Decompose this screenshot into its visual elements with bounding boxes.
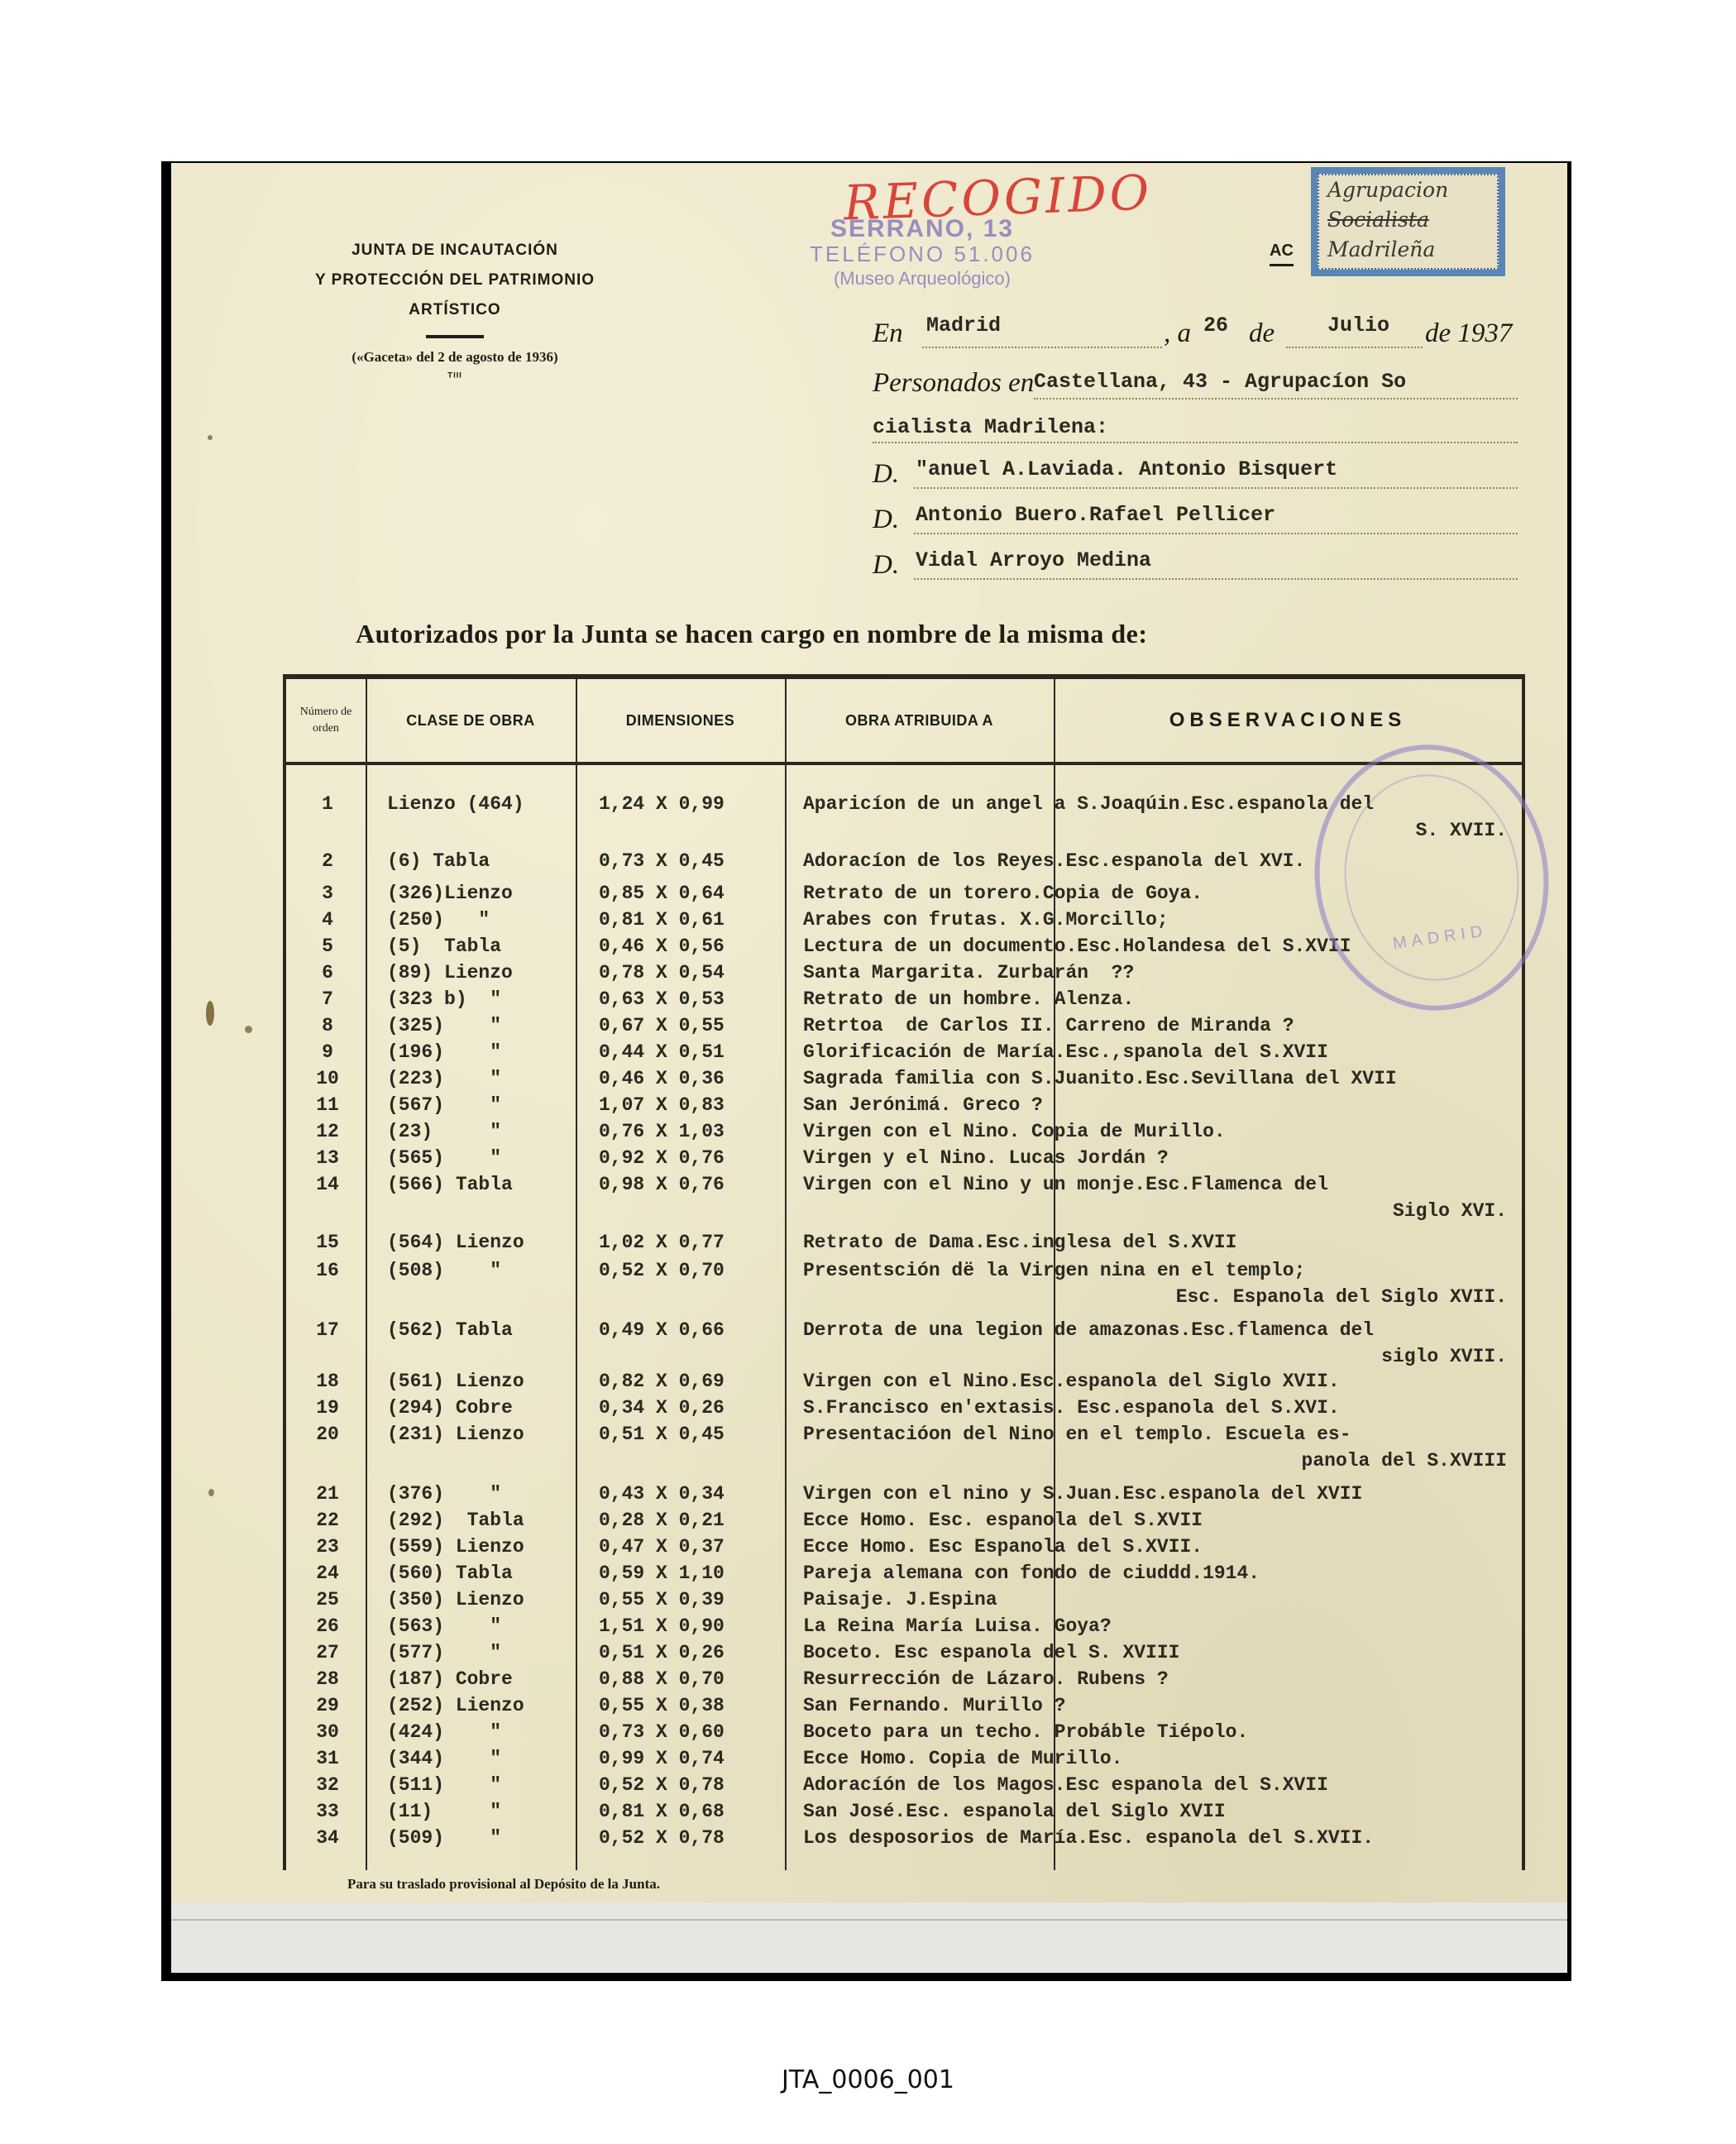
row-number: 12	[286, 1121, 369, 1142]
row-number: 24	[286, 1563, 369, 1584]
header-atribuida: OBRA ATRIBUIDA A	[785, 679, 1054, 762]
row-number: 26	[286, 1615, 369, 1637]
row-dimensiones: 0,76 X 1,03	[599, 1121, 725, 1142]
row-dimensiones: 0,85 X 0,64	[599, 883, 725, 904]
row-observaciones: Santa Margarita. Zurbarán ??	[803, 962, 1134, 983]
row-observaciones: Virgen con el Nino y un monje.Esc.Flamen…	[803, 1174, 1328, 1195]
row-clase: (344) "	[387, 1748, 501, 1769]
row-number: 34	[286, 1827, 369, 1849]
footnote: Para su traslado provisional al Depósito…	[347, 1876, 660, 1893]
row-clase: (561) Lienzo	[387, 1371, 524, 1392]
row-number: 22	[286, 1510, 369, 1531]
row-clase: (89) Lienzo	[387, 962, 513, 983]
row-number: 23	[286, 1536, 369, 1558]
paper-stain	[208, 435, 213, 440]
row-clase: (511) "	[387, 1774, 501, 1796]
row-clase: (325) "	[387, 1015, 501, 1036]
row-number: 29	[286, 1695, 369, 1716]
row-dimensiones: 0,44 X 0,51	[599, 1041, 725, 1063]
header-clase: CLASE DE OBRA	[366, 679, 576, 762]
dotted-line	[1286, 347, 1423, 348]
org-line-2: Y PROTECCIÓN DEL PATRIMONIO	[273, 266, 637, 295]
row-number: 32	[286, 1774, 369, 1796]
row-dimensiones: 0,52 X 0,70	[599, 1260, 725, 1281]
person-line-2: D. Antonio Buero.Rafael Pellicer	[873, 505, 1518, 538]
row-clase: (508) "	[387, 1260, 501, 1281]
row-dimensiones: 0,55 X 0,38	[599, 1695, 725, 1716]
row-clase: (11) "	[387, 1801, 501, 1822]
person-line-3: D. Vidal Arroyo Medina	[873, 550, 1518, 583]
row-number: 31	[286, 1748, 369, 1769]
row-number: 11	[286, 1094, 369, 1116]
agrupacion-label-sticker: Agrupacion Socialista Madrileña	[1311, 167, 1505, 276]
de-label: de	[1249, 318, 1275, 349]
row-observaciones: Virgen y el Nino. Lucas Jordán ?	[803, 1147, 1169, 1169]
row-observaciones: Paisaje. J.Espina	[803, 1589, 997, 1610]
row-observaciones-continued: siglo XVII.	[1381, 1346, 1507, 1367]
row-clase: (294) Cobre	[387, 1397, 513, 1419]
person-3: Vidal Arroyo Medina	[916, 548, 1151, 572]
row-observaciones: Sagrada familia con S.Juanito.Esc.Sevill…	[803, 1068, 1397, 1089]
personados-label: Personados en	[873, 368, 1034, 399]
row-number: 17	[286, 1319, 369, 1341]
person-1: "anuel A.Laviada. Antonio Bisquert	[916, 457, 1337, 481]
row-number: 6	[286, 962, 369, 983]
row-clase: (567) "	[387, 1094, 501, 1116]
row-number: 3	[286, 883, 369, 904]
month-value: Julio	[1327, 313, 1389, 337]
d-label: D.	[873, 550, 899, 581]
scan-bottom-strip	[171, 1902, 1567, 1973]
row-observaciones: Virgen con el Nino. Copia de Murillo.	[803, 1121, 1226, 1142]
row-observaciones: San José.Esc. espanola del Siglo XVII	[803, 1801, 1226, 1822]
row-number: 1	[286, 793, 369, 815]
place-value: Madrid	[926, 313, 1001, 337]
row-clase: (223) "	[387, 1068, 501, 1089]
row-clase: (6) Tabla	[387, 850, 490, 872]
row-clase: (292) Tabla	[387, 1510, 524, 1531]
row-observaciones: Boceto para un techo. Probáble Tiépolo.	[803, 1721, 1248, 1743]
row-observaciones: Ecce Homo. Copia de Murillo.	[803, 1748, 1122, 1769]
row-observaciones-continued: panola del S.XVIII	[1302, 1450, 1507, 1472]
row-dimensiones: 0,67 X 0,55	[599, 1015, 725, 1036]
row-dimensiones: 0,34 X 0,26	[599, 1397, 725, 1419]
row-dimensiones: 1,24 X 0,99	[599, 793, 725, 815]
row-dimensiones: 1,07 X 0,83	[599, 1094, 725, 1116]
row-observaciones: San Jerónimá. Greco ?	[803, 1094, 1043, 1116]
header-rule	[286, 762, 1522, 765]
row-number: 28	[286, 1668, 369, 1690]
row-clase: (231) Lienzo	[387, 1424, 524, 1445]
row-observaciones: Adoracíón de los Magos.Esc espanola del …	[803, 1774, 1328, 1796]
row-dimensiones: 0,47 X 0,37	[599, 1536, 725, 1558]
dotted-line	[873, 442, 1518, 443]
dotted-line	[922, 347, 1162, 348]
row-number: 15	[286, 1232, 369, 1253]
row-dimensiones: 0,55 X 0,39	[599, 1589, 725, 1610]
column-divider	[576, 679, 577, 1870]
row-dimensiones: 0,81 X 0,61	[599, 909, 725, 931]
row-clase: (509) "	[387, 1827, 501, 1849]
row-dimensiones: 1,51 X 0,90	[599, 1615, 725, 1637]
row-clase: (5) Tabla	[387, 936, 501, 957]
row-observaciones: Arabes con frutas. X.G.Morcillo;	[803, 909, 1169, 931]
row-observaciones: Retrato de un hombre. Alenza.	[803, 988, 1134, 1010]
row-observaciones: Aparicíon de un angel a S.Joaqúin.Esc.es…	[803, 793, 1374, 815]
section-heading: Autorizados por la Junta se hacen cargo …	[356, 619, 1148, 649]
dotted-line	[914, 487, 1518, 489]
row-clase: (196) "	[387, 1041, 501, 1063]
a-label: , a	[1164, 318, 1191, 349]
row-dimensiones: 0,98 X 0,76	[599, 1174, 725, 1195]
row-clase: (577) "	[387, 1642, 501, 1663]
dotted-line	[1034, 398, 1518, 400]
paper-stain	[245, 1026, 252, 1033]
year-label: de 1937	[1425, 318, 1512, 349]
row-observaciones-continued: Siglo XVI.	[1393, 1200, 1507, 1222]
row-dimensiones: 0,51 X 0,45	[599, 1424, 725, 1445]
dotted-line	[914, 578, 1518, 580]
row-dimensiones: 0,63 X 0,53	[599, 988, 725, 1010]
museum-address-stamp: SERRANO, 13 TELÉFONO 51.006 (Museo Arque…	[798, 217, 1046, 291]
row-observaciones: Ecce Homo. Esc Espanola del S.XVII.	[803, 1536, 1203, 1558]
dotted-line	[914, 533, 1518, 534]
row-number: 25	[286, 1589, 369, 1610]
row-number: 14	[286, 1174, 369, 1195]
row-number: 9	[286, 1041, 369, 1063]
row-observaciones: Presentacióon del Nino en el templo. Esc…	[803, 1424, 1351, 1445]
row-number: 19	[286, 1397, 369, 1419]
row-clase: Lienzo (464)	[387, 793, 524, 815]
row-clase: (252) Lienzo	[387, 1695, 524, 1716]
row-observaciones: Resurrección de Lázaro. Rubens ?	[803, 1668, 1169, 1690]
row-clase: (376) "	[387, 1483, 501, 1505]
row-observaciones: Retrato de un torero.Copia de Goya.	[803, 883, 1203, 904]
paper-stain	[206, 1001, 214, 1026]
d-label: D.	[873, 505, 899, 535]
row-observaciones: Lectura de un documento.Esc.Holandesa de…	[803, 936, 1351, 957]
row-dimensiones: 0,82 X 0,69	[599, 1371, 725, 1392]
row-number: 7	[286, 988, 369, 1010]
org-line-3: ARTÍSTICO	[273, 295, 637, 325]
row-dimensiones: 0,88 X 0,70	[599, 1668, 725, 1690]
row-number: 20	[286, 1424, 369, 1445]
row-clase: (323 b) "	[387, 988, 501, 1010]
row-clase: (326)Lienzo	[387, 883, 513, 904]
sticker-line-2: Socialista	[1327, 205, 1497, 235]
stamp-address: SERRANO, 13	[798, 217, 1046, 242]
row-number: 8	[286, 1015, 369, 1036]
row-dimensiones: 0,46 X 0,36	[599, 1068, 725, 1089]
header-numero: Número de orden	[286, 679, 366, 762]
d-label: D.	[873, 459, 899, 490]
row-clase: (566) Tabla	[387, 1174, 513, 1195]
row-dimensiones: 0,59 X 1,10	[599, 1563, 725, 1584]
row-dimensiones: 0,43 X 0,34	[599, 1483, 725, 1505]
row-number: 27	[286, 1642, 369, 1663]
row-clase: (560) Tabla	[387, 1563, 513, 1584]
row-dimensiones: 0,46 X 0,56	[599, 936, 725, 957]
row-observaciones: Presentsción dë la Virgen nina en el tem…	[803, 1260, 1305, 1281]
row-clase: (350) Lienzo	[387, 1589, 524, 1610]
row-observaciones: La Reina María Luisa. Goya?	[803, 1615, 1112, 1637]
row-observaciones: Ecce Homo. Esc. espanola del S.XVII	[803, 1510, 1203, 1531]
ornament-icon: ᵀᴵᴵᴵ	[273, 368, 637, 385]
row-clase: (562) Tabla	[387, 1319, 513, 1341]
row-observaciones: Pareja alemana con fondo de ciuddd.1914.	[803, 1563, 1260, 1584]
row-number: 5	[286, 936, 369, 957]
sticker-line-1: Agrupacion	[1327, 175, 1497, 205]
row-dimensiones: 0,52 X 0,78	[599, 1774, 725, 1796]
place-date-line: En Madrid , a 26 de Julio de 1937	[873, 318, 1518, 352]
paper-stain	[208, 1489, 214, 1496]
row-number: 16	[286, 1260, 369, 1281]
row-number: 13	[286, 1147, 369, 1169]
row-number: 18	[286, 1371, 369, 1392]
scan-edge-line	[171, 1919, 1567, 1921]
acta-label: AC	[1270, 242, 1294, 266]
gaceta-reference: («Gaceta» del 2 de agosto de 1936)	[273, 347, 637, 368]
row-observaciones-continued: Esc. Espanola del Siglo XVII.	[1176, 1286, 1507, 1308]
row-observaciones: Virgen con el nino y S.Juan.Esc.espanola…	[803, 1483, 1362, 1505]
row-observaciones: San Fernando. Murillo ?	[803, 1695, 1065, 1716]
row-dimensiones: 0,81 X 0,68	[599, 1801, 725, 1822]
personados-line: Personados en Castellana, 43 - Agrupacío…	[873, 368, 1518, 401]
organization-letterhead: JUNTA DE INCAUTACIÓN Y PROTECCIÓN DEL PA…	[273, 236, 637, 385]
row-number: 4	[286, 909, 369, 931]
row-dimensiones: 0,78 X 0,54	[599, 962, 725, 983]
row-number: 21	[286, 1483, 369, 1505]
stamp-museum: (Museo Arqueológico)	[798, 266, 1046, 291]
row-dimensiones: 0,51 X 0,26	[599, 1642, 725, 1663]
personados-value-2: cialista Madrilena:	[873, 415, 1108, 439]
row-clase: (564) Lienzo	[387, 1232, 524, 1253]
en-label: En	[873, 318, 903, 349]
row-observaciones: Glorificación de María.Esc.,spanola del …	[803, 1041, 1328, 1063]
personados-value-1: Castellana, 43 - Agrupacíon So	[1034, 370, 1406, 394]
org-line-1: JUNTA DE INCAUTACIÓN	[273, 236, 637, 266]
row-clase: (563) "	[387, 1615, 501, 1637]
row-clase: (187) Cobre	[387, 1668, 513, 1690]
file-identifier: JTA_0006_001	[0, 2065, 1736, 2094]
row-clase: (424) "	[387, 1721, 501, 1743]
header-dimensiones: DIMENSIONES	[576, 679, 785, 762]
row-clase: (565) "	[387, 1147, 501, 1169]
row-observaciones: Los desposorios de María.Esc. espanola d…	[803, 1827, 1374, 1849]
row-number: 30	[286, 1721, 369, 1743]
row-number: 2	[286, 850, 369, 872]
personados-line-2: cialista Madrilena:	[873, 414, 1518, 447]
row-dimensiones: 0,49 X 0,66	[599, 1319, 725, 1341]
row-observaciones: Derrota de una legion de amazonas.Esc.fl…	[803, 1319, 1374, 1341]
stamp-phone: TELÉFONO 51.006	[798, 242, 1046, 266]
row-clase: (250) "	[387, 909, 490, 931]
row-observaciones: Retrtoa de Carlos II. Carreno de Miranda…	[803, 1015, 1294, 1036]
row-observaciones: Boceto. Esc espanola del S. XVIII	[803, 1642, 1179, 1663]
column-divider	[785, 679, 787, 1870]
row-observaciones: Adoracíon de los Reyes.Esc.espanola del …	[803, 850, 1305, 872]
row-number: 33	[286, 1801, 369, 1822]
row-dimensiones: 0,92 X 0,76	[599, 1147, 725, 1169]
row-clase: (559) Lienzo	[387, 1536, 524, 1558]
row-clase: (23) "	[387, 1121, 501, 1142]
person-line-1: D. "anuel A.Laviada. Antonio Bisquert	[873, 459, 1518, 492]
row-dimensiones: 0,73 X 0,60	[599, 1721, 725, 1743]
person-2: Antonio Buero.Rafael Pellicer	[916, 503, 1275, 527]
row-dimensiones: 0,99 X 0,74	[599, 1748, 725, 1769]
row-observaciones: Retrato de Dama.Esc.inglesa del S.XVII	[803, 1232, 1237, 1253]
row-dimensiones: 0,28 X 0,21	[599, 1510, 725, 1531]
letterhead-rule	[426, 335, 484, 338]
row-observaciones: Virgen con el Nino.Esc.espanola del Sigl…	[803, 1371, 1340, 1392]
row-dimensiones: 0,73 X 0,45	[599, 850, 725, 872]
row-dimensiones: 1,02 X 0,77	[599, 1232, 725, 1253]
sticker-line-3: Madrileña	[1327, 235, 1497, 265]
row-dimensiones: 0,52 X 0,78	[599, 1827, 725, 1849]
day-value: 26	[1203, 313, 1228, 337]
row-number: 10	[286, 1068, 369, 1089]
row-observaciones: S.Francisco en'extasis. Esc.espanola del…	[803, 1397, 1340, 1419]
